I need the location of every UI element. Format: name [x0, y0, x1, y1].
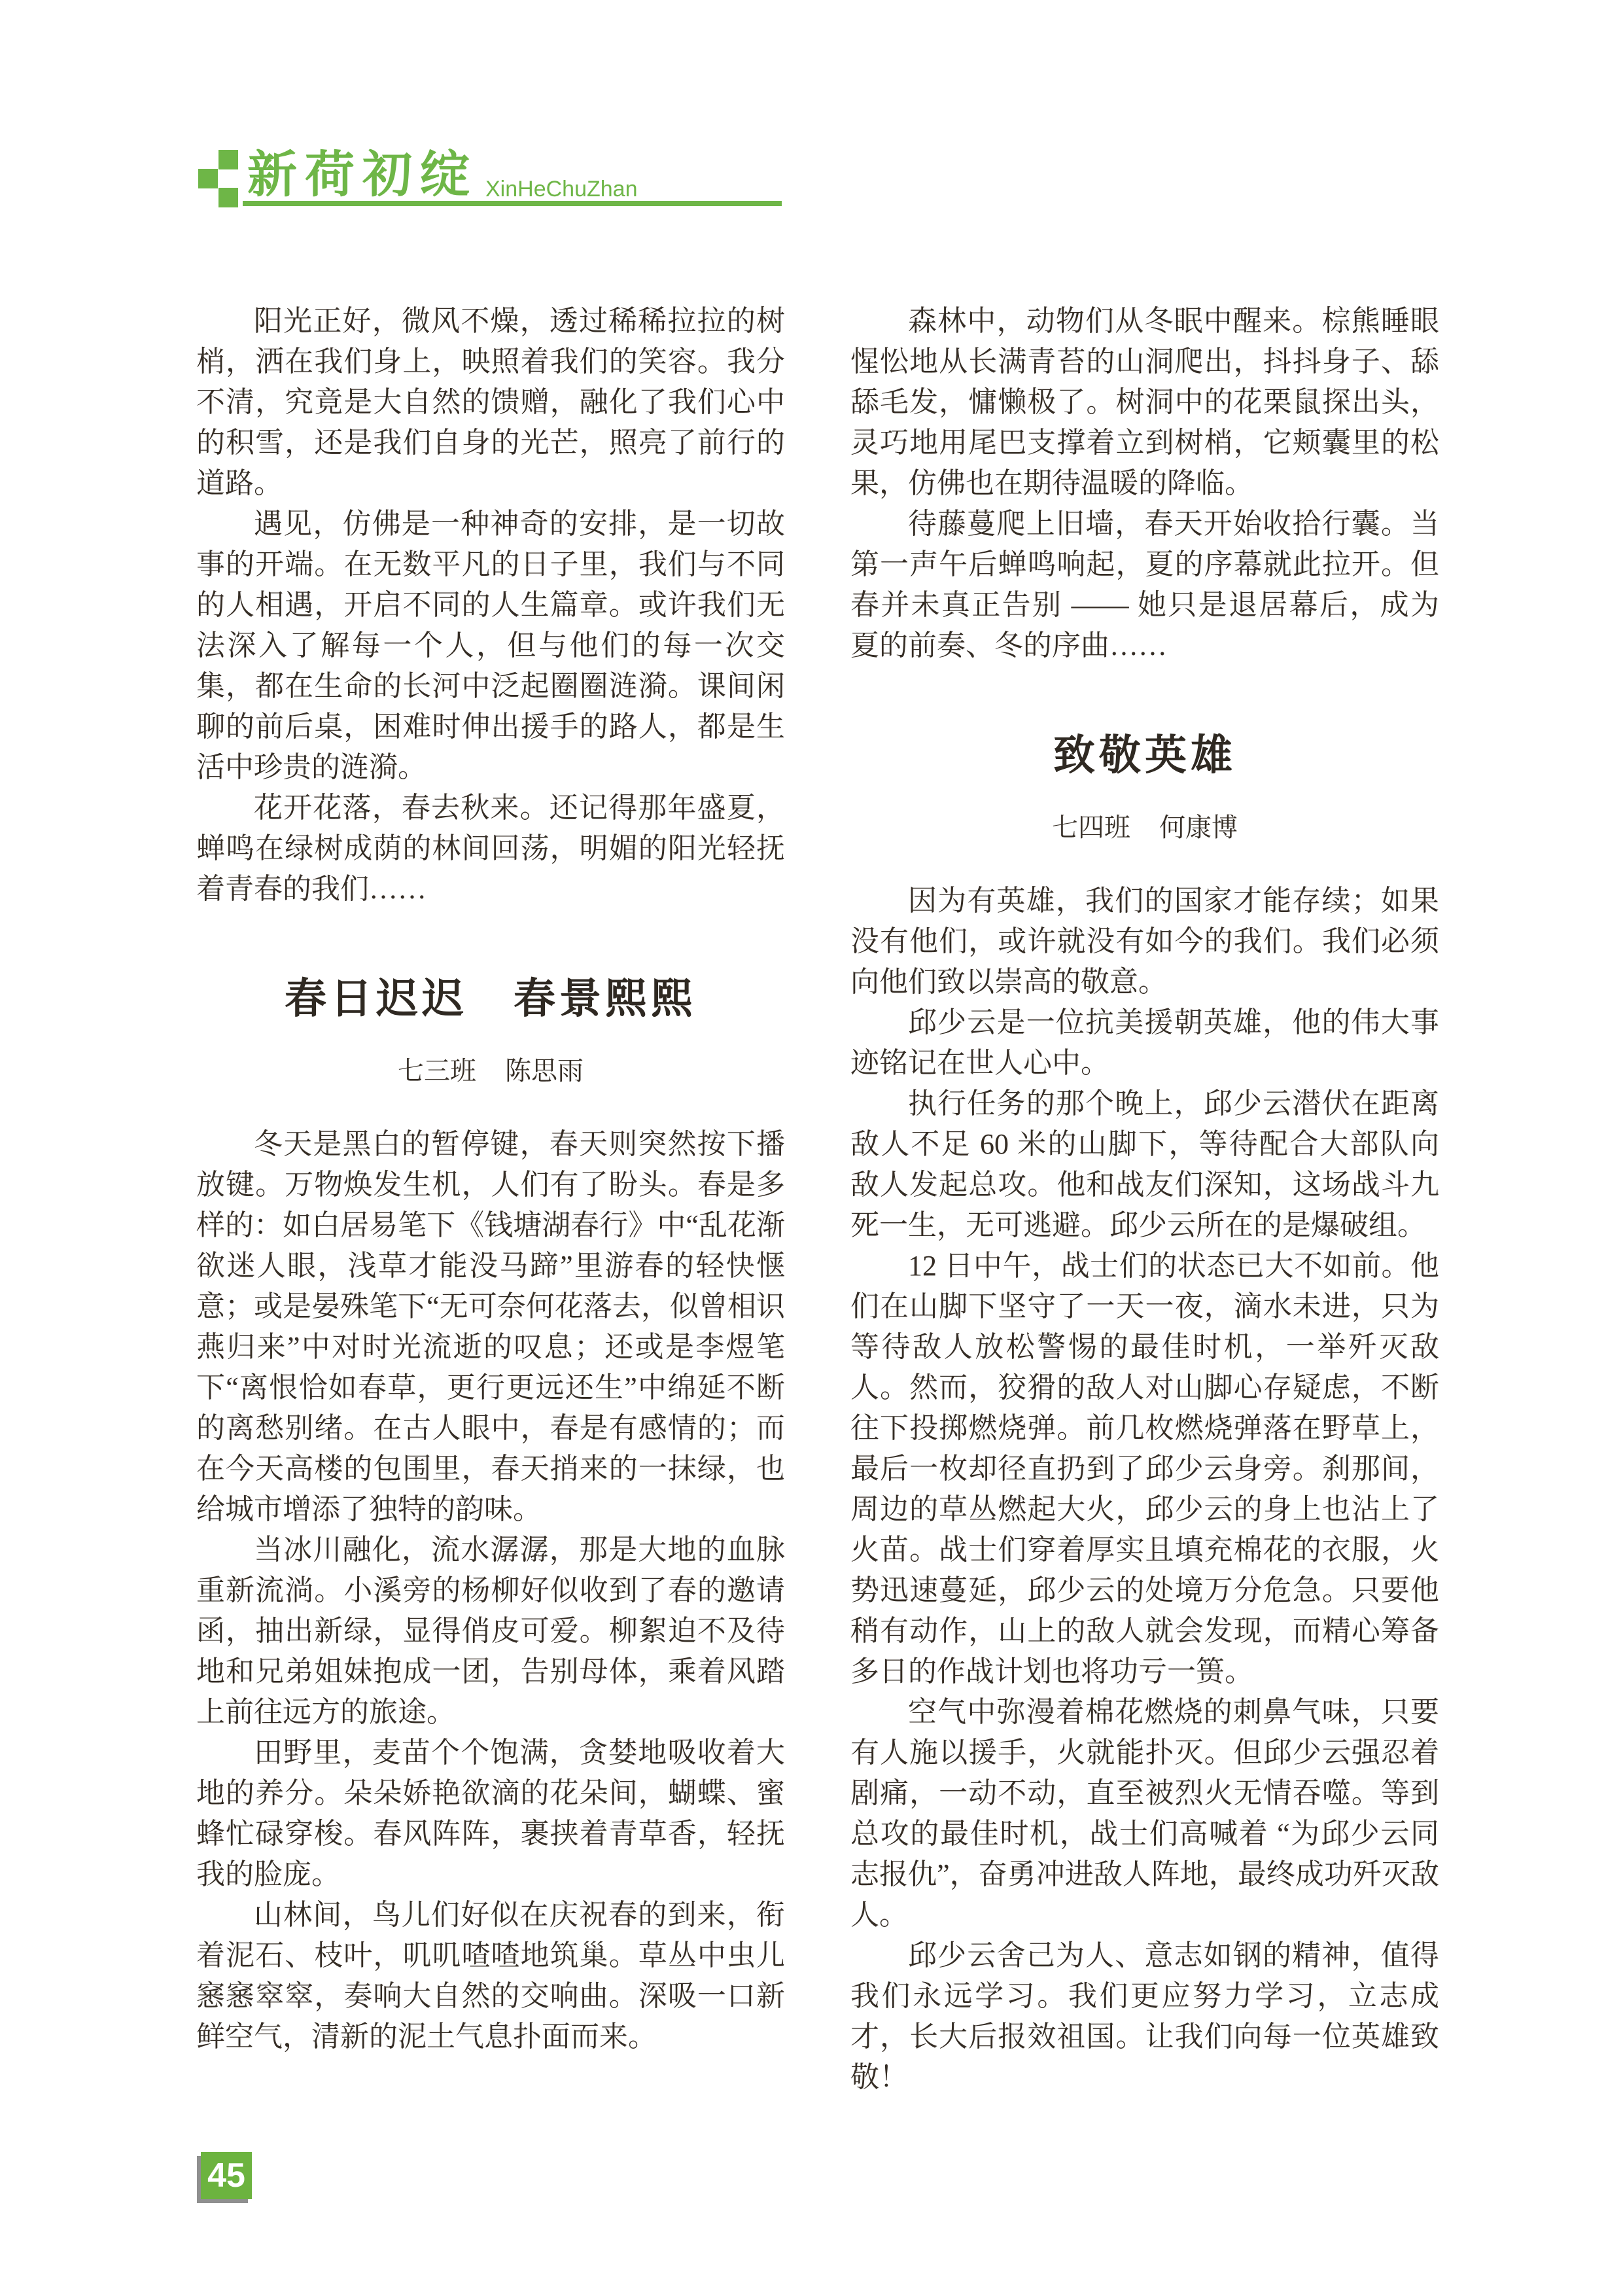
body-paragraph: 邱少云是一位抗美援朝英雄，他的伟大事迹铭记在世人心中。 — [850, 1002, 1439, 1084]
magazine-page: { "colors": { "accent_green": "#6eb647",… — [0, 0, 1623, 2296]
magazine-logo-pinyin: XinHeChuZhan — [485, 176, 637, 202]
body-paragraph: 邱少云舍己为人、意志如钢的精神，值得我们永远学习。我们更应努力学习，立志成才，长… — [850, 1935, 1439, 2098]
body-paragraph: 12 日中午，战士们的状态已大不如前。他们在山脚下坚守了一天一夜，滴水未进，只为… — [850, 1246, 1439, 1692]
body-paragraph: 因为有英雄，我们的国家才能存续；如果没有他们，或许就没有如今的我们。我们必须向他… — [850, 881, 1439, 1002]
article-header-spring: 春日迟迟 春景熙熙 七三班 陈思雨 — [196, 972, 785, 1088]
body-paragraph: 执行任务的那个晚上，邱少云潜伏在距离敌人不足 60 米的山脚下，等待配合大部队向… — [850, 1084, 1439, 1246]
body-paragraph: 田野里，麦苗个个饱满，贪婪地吸收着大地的养分。朵朵娇艳欲滴的花朵间，蝴蝶、蜜蜂忙… — [196, 1733, 785, 1895]
logo-square-icon — [218, 150, 238, 169]
author-name: 何康博 — [1159, 811, 1238, 845]
body-paragraph: 待藤蔓爬上旧墙，春天开始收拾行囊。当第一声午后蝉鸣响起，夏的序幕就此拉开。但春并… — [850, 504, 1439, 666]
article-header-hero: 致敬英雄 七四班 何康博 — [850, 728, 1439, 845]
article-byline: 七四班 何康博 — [850, 811, 1439, 845]
page-number-badge: 45 — [201, 2152, 252, 2199]
body-paragraph: 当冰川融化，流水潺潺，那是大地的血脉重新流淌。小溪旁的杨柳好似收到了春的邀请函，… — [196, 1530, 785, 1733]
article-title: 致敬英雄 — [850, 728, 1439, 783]
body-paragraph: 森林中，动物们从冬眠中醒来。棕熊睡眼惺忪地从长满青苔的山洞爬出，抖抖身子、舔舔毛… — [850, 301, 1439, 504]
header-rule — [243, 201, 782, 206]
page-number: 45 — [207, 2156, 245, 2195]
author-class: 七四班 — [1052, 811, 1130, 845]
author-class: 七三班 — [398, 1054, 476, 1088]
right-text-column: 森林中，动物们从冬眠中醒来。棕熊睡眼惺忪地从长满青苔的山洞爬出，抖抖身子、舔舔毛… — [850, 301, 1439, 2098]
body-paragraph: 遇见，仿佛是一种神奇的安排，是一切故事的开端。在无数平凡的日子里，我们与不同的人… — [196, 504, 785, 788]
author-name: 陈思雨 — [505, 1054, 584, 1088]
left-text-column: 阳光正好，微风不燥，透过稀稀拉拉的树梢，洒在我们身上，映照着我们的笑容。我分不清… — [196, 301, 785, 2057]
logo-square-icon — [198, 169, 218, 188]
article-byline: 七三班 陈思雨 — [196, 1054, 785, 1088]
article-title: 春日迟迟 春景熙熙 — [196, 972, 785, 1027]
body-paragraph: 山林间，鸟儿们好似在庆祝春的到来，衔着泥石、枝叶，叽叽喳喳地筑巢。草丛中虫儿窸窸… — [196, 1895, 785, 2057]
magazine-logo-title: 新荷初绽 — [247, 145, 478, 205]
body-paragraph: 空气中弥漫着棉花燃烧的刺鼻气味，只要有人施以援手，火就能扑灭。但邱少云强忍着剧痛… — [850, 1692, 1439, 1935]
logo-square-icon — [218, 188, 238, 207]
body-paragraph: 阳光正好，微风不燥，透过稀稀拉拉的树梢，洒在我们身上，映照着我们的笑容。我分不清… — [196, 301, 785, 504]
body-paragraph: 冬天是黑白的暂停键，春天则突然按下播放键。万物焕发生机，人们有了盼头。春是多样的… — [196, 1124, 785, 1530]
body-paragraph: 花开花落，春去秋来。还记得那年盛夏，蝉鸣在绿树成荫的林间回荡，明媚的阳光轻抚着青… — [196, 788, 785, 910]
